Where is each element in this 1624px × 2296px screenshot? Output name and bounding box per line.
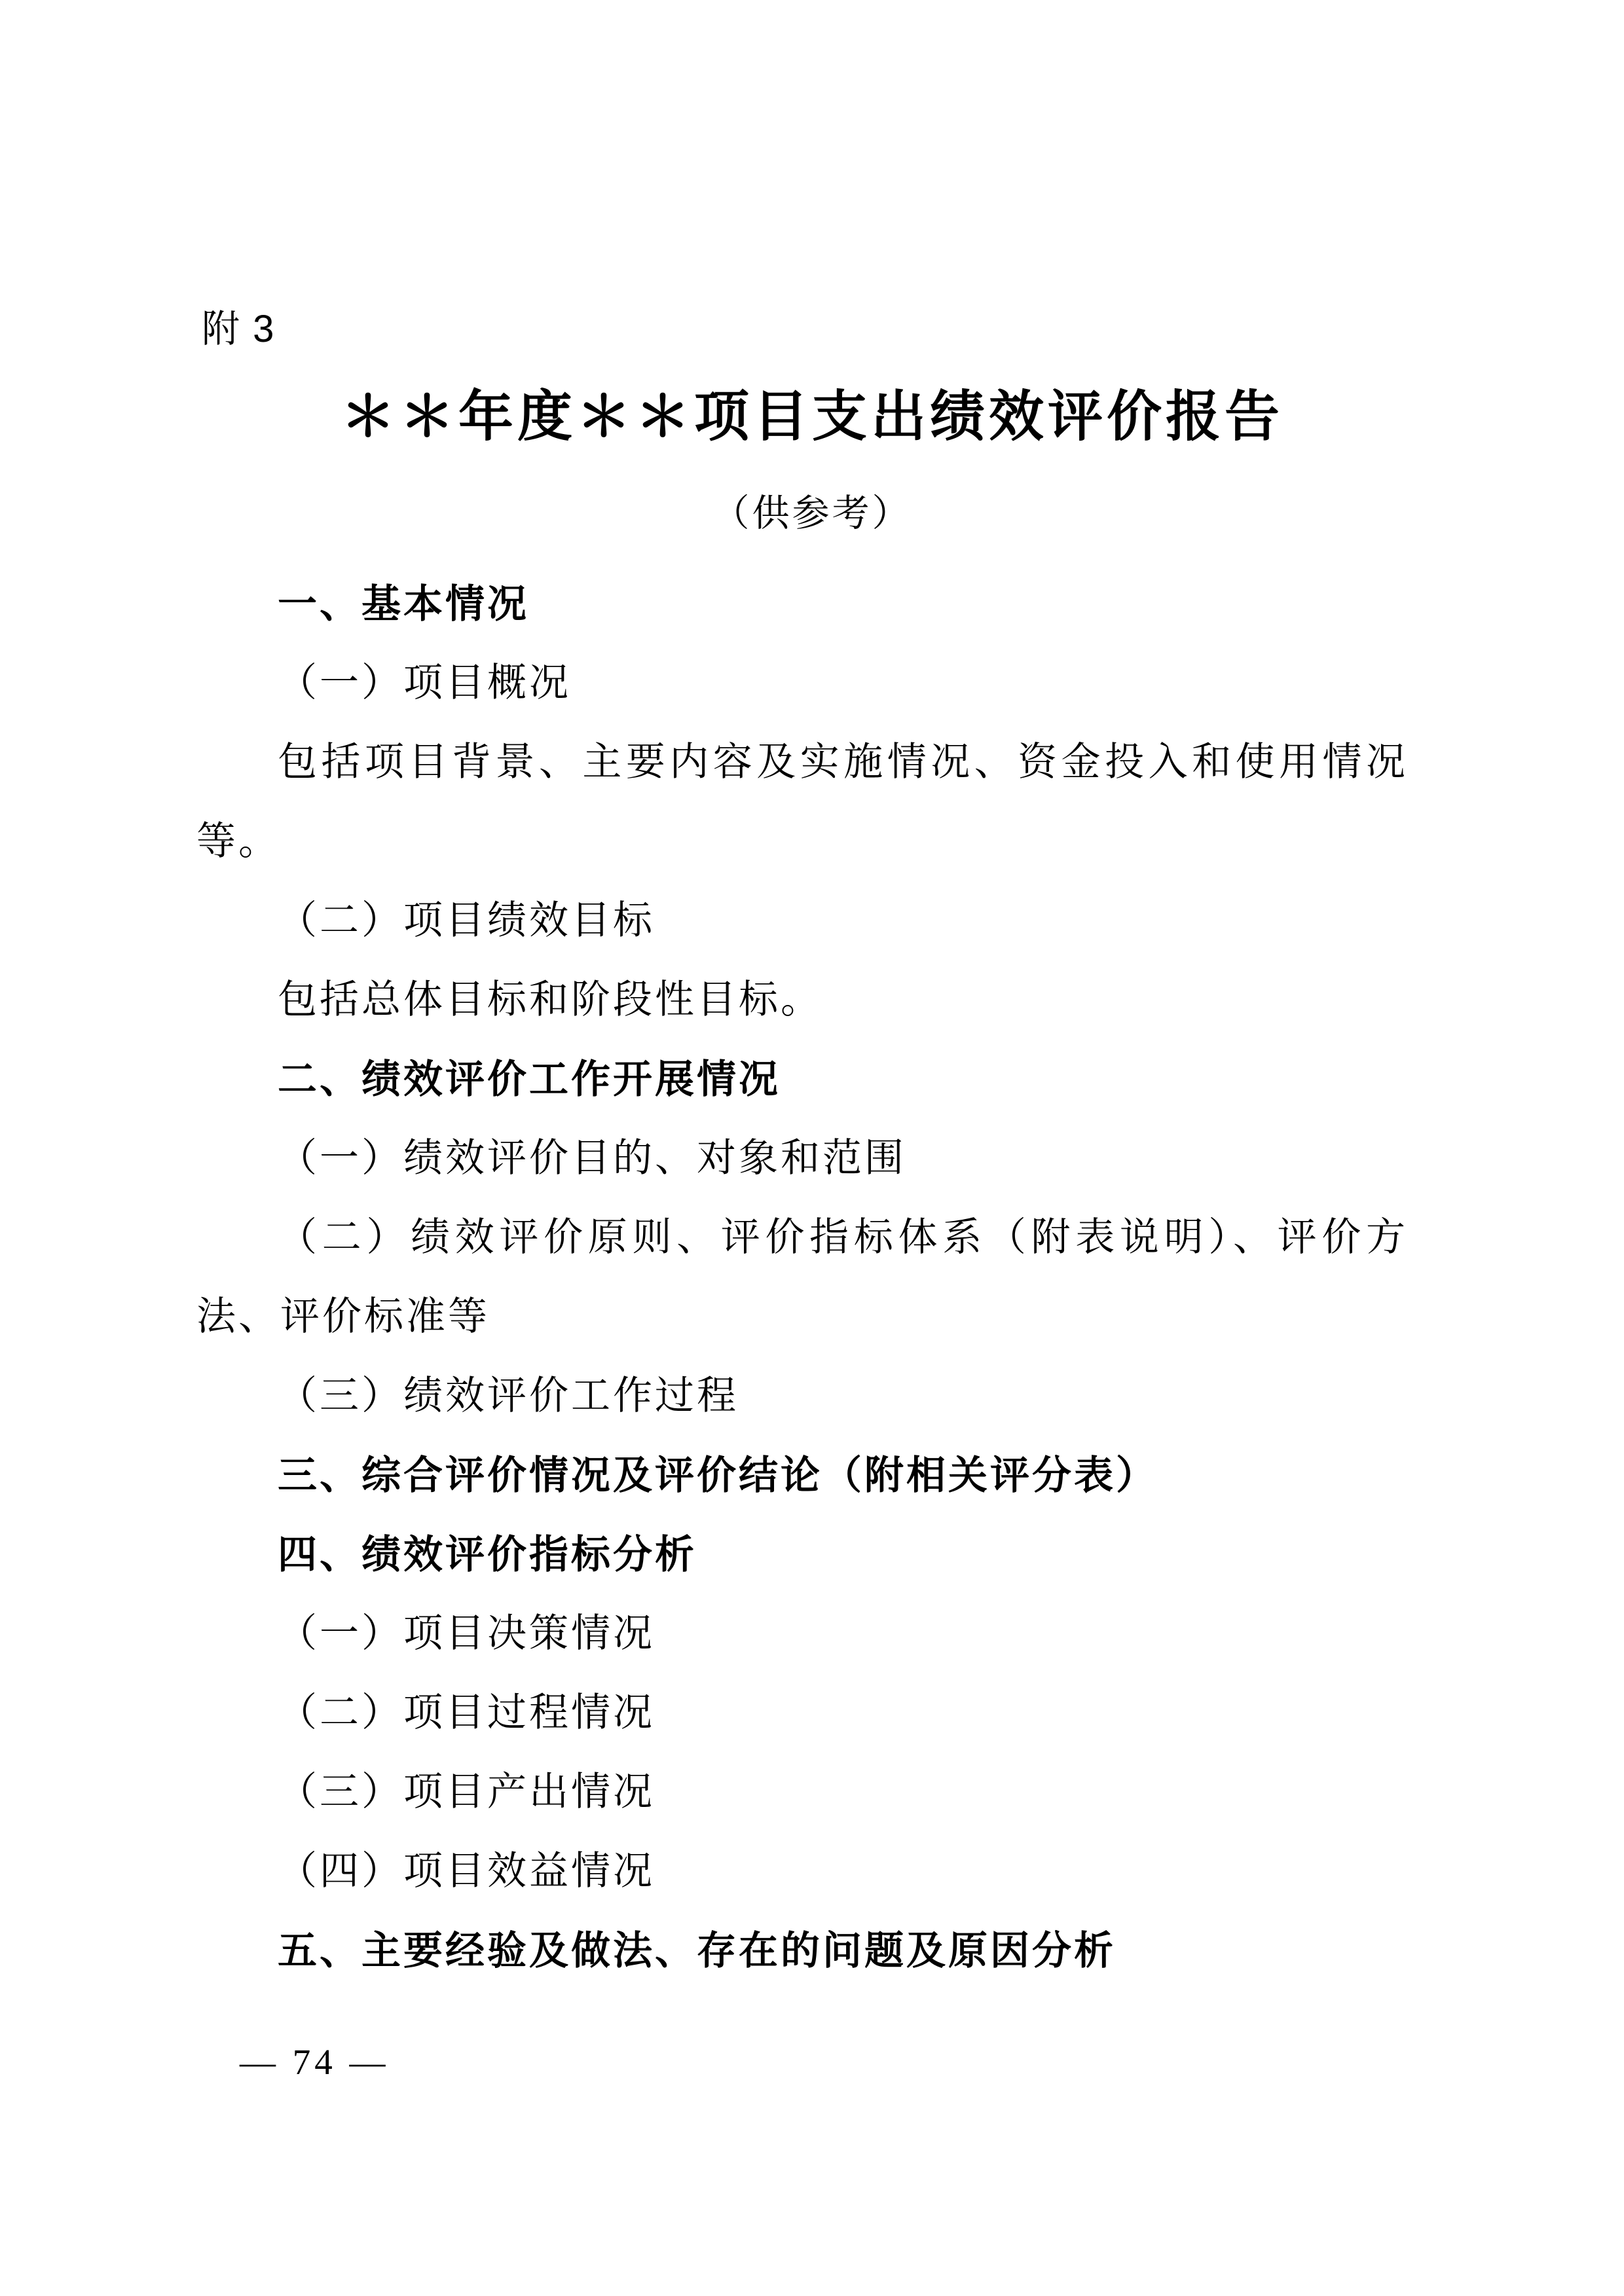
document-title: ＊＊年度＊＊项目支出绩效评价报告 xyxy=(0,390,1624,445)
section-heading-4: 四、绩效评价指标分析 xyxy=(196,1515,1408,1594)
document-body: 一、基本情况 （一）项目概况 包括项目背景、主要内容及实施情况、资金投入和使用情… xyxy=(196,564,1408,1990)
doc-line: 包括项目背景、主要内容及实施情况、资金投入和使用情况 xyxy=(196,723,1408,802)
doc-line: （三）绩效评价工作过程 xyxy=(196,1357,1408,1436)
document-subtitle: （供参考） xyxy=(0,495,1624,532)
section-heading-1: 一、基本情况 xyxy=(196,564,1408,644)
doc-line: （三）项目产出情况 xyxy=(196,1753,1408,1832)
doc-line: 等。 xyxy=(196,802,1408,881)
doc-line: （二）绩效评价原则、评价指标体系（附表说明）、评价方 xyxy=(196,1198,1408,1277)
doc-line: （二）项目绩效目标 xyxy=(196,881,1408,960)
doc-line: （一）项目概况 xyxy=(196,644,1408,723)
section-heading-5: 五、主要经验及做法、存在的问题及原因分析 xyxy=(196,1911,1408,1990)
doc-line: 包括总体目标和阶段性目标。 xyxy=(196,960,1408,1040)
page-number: — 74 — xyxy=(240,2044,390,2080)
doc-line: （一）绩效评价目的、对象和范围 xyxy=(196,1119,1408,1198)
document-page: 附 3 ＊＊年度＊＊项目支出绩效评价报告 （供参考） 一、基本情况 （一）项目概… xyxy=(0,0,1624,2296)
doc-line: 法、评价标准等 xyxy=(196,1277,1408,1357)
doc-line: （四）项目效益情况 xyxy=(196,1832,1408,1911)
section-heading-2: 二、绩效评价工作开展情况 xyxy=(196,1040,1408,1119)
doc-line: （一）项目决策情况 xyxy=(196,1594,1408,1673)
doc-line: （二）项目过程情况 xyxy=(196,1673,1408,1753)
section-heading-3: 三、综合评价情况及评价结论（附相关评分表） xyxy=(196,1436,1408,1515)
attachment-label: 附 3 xyxy=(202,310,275,348)
